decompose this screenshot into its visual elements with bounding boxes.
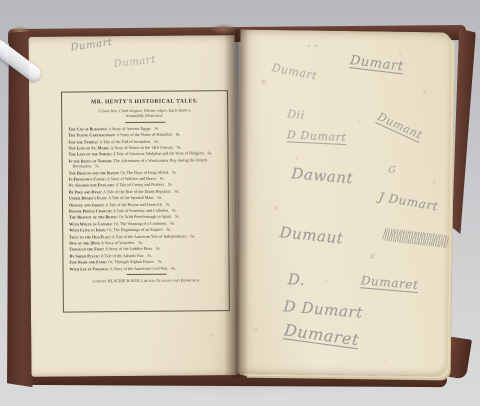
ad-title: MR. HENTY'S HISTORICAL TALES. bbox=[68, 98, 221, 105]
ad-entry-price: 6s. bbox=[154, 138, 159, 143]
handwritten-signature: Dawant bbox=[291, 164, 354, 187]
ad-entry-desc: A Story of Waterloo. bbox=[100, 240, 135, 245]
ad-entry-title: Through the Fray: bbox=[69, 247, 104, 252]
ad-entry-price: 6s. bbox=[176, 132, 181, 137]
ad-entry-title: Orange and Green: bbox=[69, 202, 105, 207]
ad-entry-title: The Lion of St. Mark: bbox=[68, 145, 109, 150]
ad-entry-desc: A Tale of the Boyne and Limerick. bbox=[105, 201, 163, 207]
ad-entry-price: 6s. bbox=[156, 246, 161, 251]
ad-entry-desc: A Story of Ancient Egypt. bbox=[107, 126, 151, 131]
right-page: ’ ’DumartDumartDiiD DumartDumantDawantGJ… bbox=[236, 30, 451, 377]
ad-entry-desc: Or, With Peterborough in Spain. bbox=[118, 214, 172, 219]
handwritten-signature: c bbox=[370, 251, 375, 260]
ad-entry-price: 5s. bbox=[154, 126, 159, 131]
ad-entry-title: With Lee in Virginia: bbox=[70, 266, 110, 271]
publisher-advertisement: MR. HENTY'S HISTORICAL TALES. Crown 8vo,… bbox=[61, 90, 230, 312]
ad-entry-desc: A Story of the American Civil War. bbox=[109, 265, 168, 271]
left-page: DumartDumart MR. HENTY'S HISTORICAL TALE… bbox=[29, 35, 238, 377]
ad-entry-price: 6s. bbox=[177, 145, 182, 150]
ad-entry-desc: A Story of the Luddite Riots. bbox=[104, 246, 153, 251]
ad-entry-title: The Dragon and the Raven: bbox=[69, 170, 120, 175]
ad-entry-desc: Or, The Winning of a Continent. bbox=[113, 220, 168, 225]
ad-entry-price: 6s. bbox=[191, 233, 196, 238]
divider bbox=[126, 274, 166, 275]
ad-entry-title: The Cat of Bubastes: bbox=[68, 126, 107, 131]
handwritten-signature: Dumart bbox=[113, 54, 156, 70]
ad-entry-desc: Or, The Beginnings of an Empire. bbox=[106, 227, 163, 232]
ad-subtitle: Crown 8vo, Cloth elegant, Olivine edges.… bbox=[68, 107, 221, 119]
ad-entry-price: 5s. bbox=[95, 164, 100, 169]
handwritten-signature: Dumart bbox=[70, 37, 113, 53]
handwritten-signature: Dumaret bbox=[283, 320, 360, 349]
ad-subtitle-line2: beautifully Illustrated. bbox=[68, 112, 221, 119]
ad-entry-title: In Freedom's Cause: bbox=[69, 176, 106, 181]
handwritten-signature: Dumaut bbox=[279, 223, 345, 247]
ad-entry-title: The Lion of the North: bbox=[69, 152, 112, 157]
ad-entry-price: 6s. bbox=[175, 188, 180, 193]
ad-entry: With Lee in Virginia: A Story of the Ame… bbox=[70, 265, 223, 272]
ad-entry-price: 6s. bbox=[208, 151, 213, 156]
ad-entry-desc: A Story of Venice in the 14th Century. bbox=[110, 145, 174, 151]
ad-entry-title: For the Temple: bbox=[68, 139, 98, 144]
ad-entry-title: With Clive in India: bbox=[69, 227, 106, 232]
handwritten-signature: Dumart bbox=[349, 53, 404, 74]
ad-entry-price: 6s. bbox=[160, 176, 165, 181]
handwritten-signature: J Dumart bbox=[378, 190, 439, 214]
ad-entry-price: 5s. bbox=[168, 182, 173, 187]
ad-entry-desc: A Tale of Gustavus Adolphus and the Wars… bbox=[112, 151, 205, 157]
publisher-imprint: London: BLACKIE & SON, Limited; Glasgow … bbox=[70, 278, 223, 284]
handwritten-signature: D Dumart bbox=[287, 128, 347, 144]
ad-entry-title: In the Reign of Terror: bbox=[69, 158, 113, 163]
ad-entry-title: True to the Old Flag: bbox=[69, 234, 111, 239]
ad-entry-title: Under Drake's Flag: bbox=[69, 195, 107, 200]
ad-entry-price: 5s. bbox=[175, 214, 180, 219]
ad-entry-title: St. George for England: bbox=[69, 183, 115, 188]
cover-wear-spot bbox=[210, 24, 238, 34]
ad-entry-desc: A Tale of Fontenoy and Culloden. bbox=[112, 208, 169, 213]
ad-entry-price: 5s. bbox=[138, 240, 143, 245]
handwritten-signature: G bbox=[388, 166, 396, 176]
ad-entry-price: 5s. bbox=[158, 259, 163, 264]
ad-entry-price: 6s. bbox=[171, 265, 176, 270]
ad-entry-price: 5s. bbox=[147, 253, 152, 258]
pencil-scribble bbox=[382, 228, 449, 249]
ad-entry-desc: A Tale of the American War of Independen… bbox=[111, 233, 188, 239]
photo-scene: DumartDumart MR. HENTY'S HISTORICAL TALE… bbox=[0, 0, 480, 406]
divider bbox=[125, 122, 165, 123]
handwritten-signature: Dumart bbox=[271, 61, 319, 82]
ad-entry-price: 6s. bbox=[167, 227, 172, 232]
ad-entry-title: By Sheer Pluck: bbox=[69, 253, 99, 258]
ad-entry: In the Reign of Terror: The Adventures o… bbox=[69, 157, 222, 169]
book-cover-right-corner bbox=[444, 337, 472, 380]
ad-entry-title: By Pike and Dyke: bbox=[69, 189, 102, 194]
handwritten-signature: Dumaret bbox=[360, 273, 419, 292]
ad-entry-price: 5s. bbox=[166, 201, 171, 206]
handwritten-signature: ’ ’ bbox=[307, 44, 318, 54]
ad-entry-desc: Or, The Days of King Alfred. bbox=[119, 169, 169, 174]
ad-entry-desc: A Story of Wallace and Bruce. bbox=[106, 176, 157, 181]
book-cover-right-board bbox=[451, 29, 476, 235]
handwritten-signature: Dii bbox=[286, 107, 305, 122]
ad-entry-title: With Wolfe in Canada: bbox=[69, 221, 113, 226]
ad-entry-title: For Name and Fame: bbox=[69, 259, 107, 264]
ad-entry-desc: A Tale of the Ashanti War. bbox=[100, 253, 144, 258]
ad-entry-price: 6s. bbox=[157, 195, 162, 200]
ad-entry-price: 6s. bbox=[170, 220, 175, 225]
handwritten-signature: Dumant bbox=[375, 110, 424, 142]
ad-entry-desc: A Story of the Times of Hannibal. bbox=[116, 132, 173, 137]
ad-entry-desc: A Tale of the Fall of Jerusalem. bbox=[99, 139, 152, 144]
ad-entry-price: 5s. bbox=[172, 169, 177, 174]
ad-entry-title: Bonnie Prince Charlie: bbox=[69, 208, 112, 213]
handwritten-signature: D. bbox=[287, 270, 305, 289]
ad-entry-title: One of the 28th: bbox=[69, 240, 100, 245]
ad-book-list: The Cat of Bubastes: A Story of Ancient … bbox=[68, 125, 222, 271]
ad-entry-desc: A Tale of the Rise of the Dutch Republic… bbox=[102, 188, 171, 194]
ad-entry-title: The Young Carthaginian: bbox=[68, 132, 115, 137]
ad-entry-desc: A Tale of Cressy and Poitiers. bbox=[115, 182, 165, 187]
handwritten-signature: D Dumart bbox=[283, 297, 364, 322]
ad-entry-title: The Bravest of the Brave: bbox=[69, 215, 118, 220]
ad-entry-desc: Or, Through Afghan Passes. bbox=[107, 259, 155, 264]
ad-entry-desc: A Tale of the Spanish Main. bbox=[107, 195, 154, 200]
ad-entry-price: 6s. bbox=[172, 208, 177, 213]
